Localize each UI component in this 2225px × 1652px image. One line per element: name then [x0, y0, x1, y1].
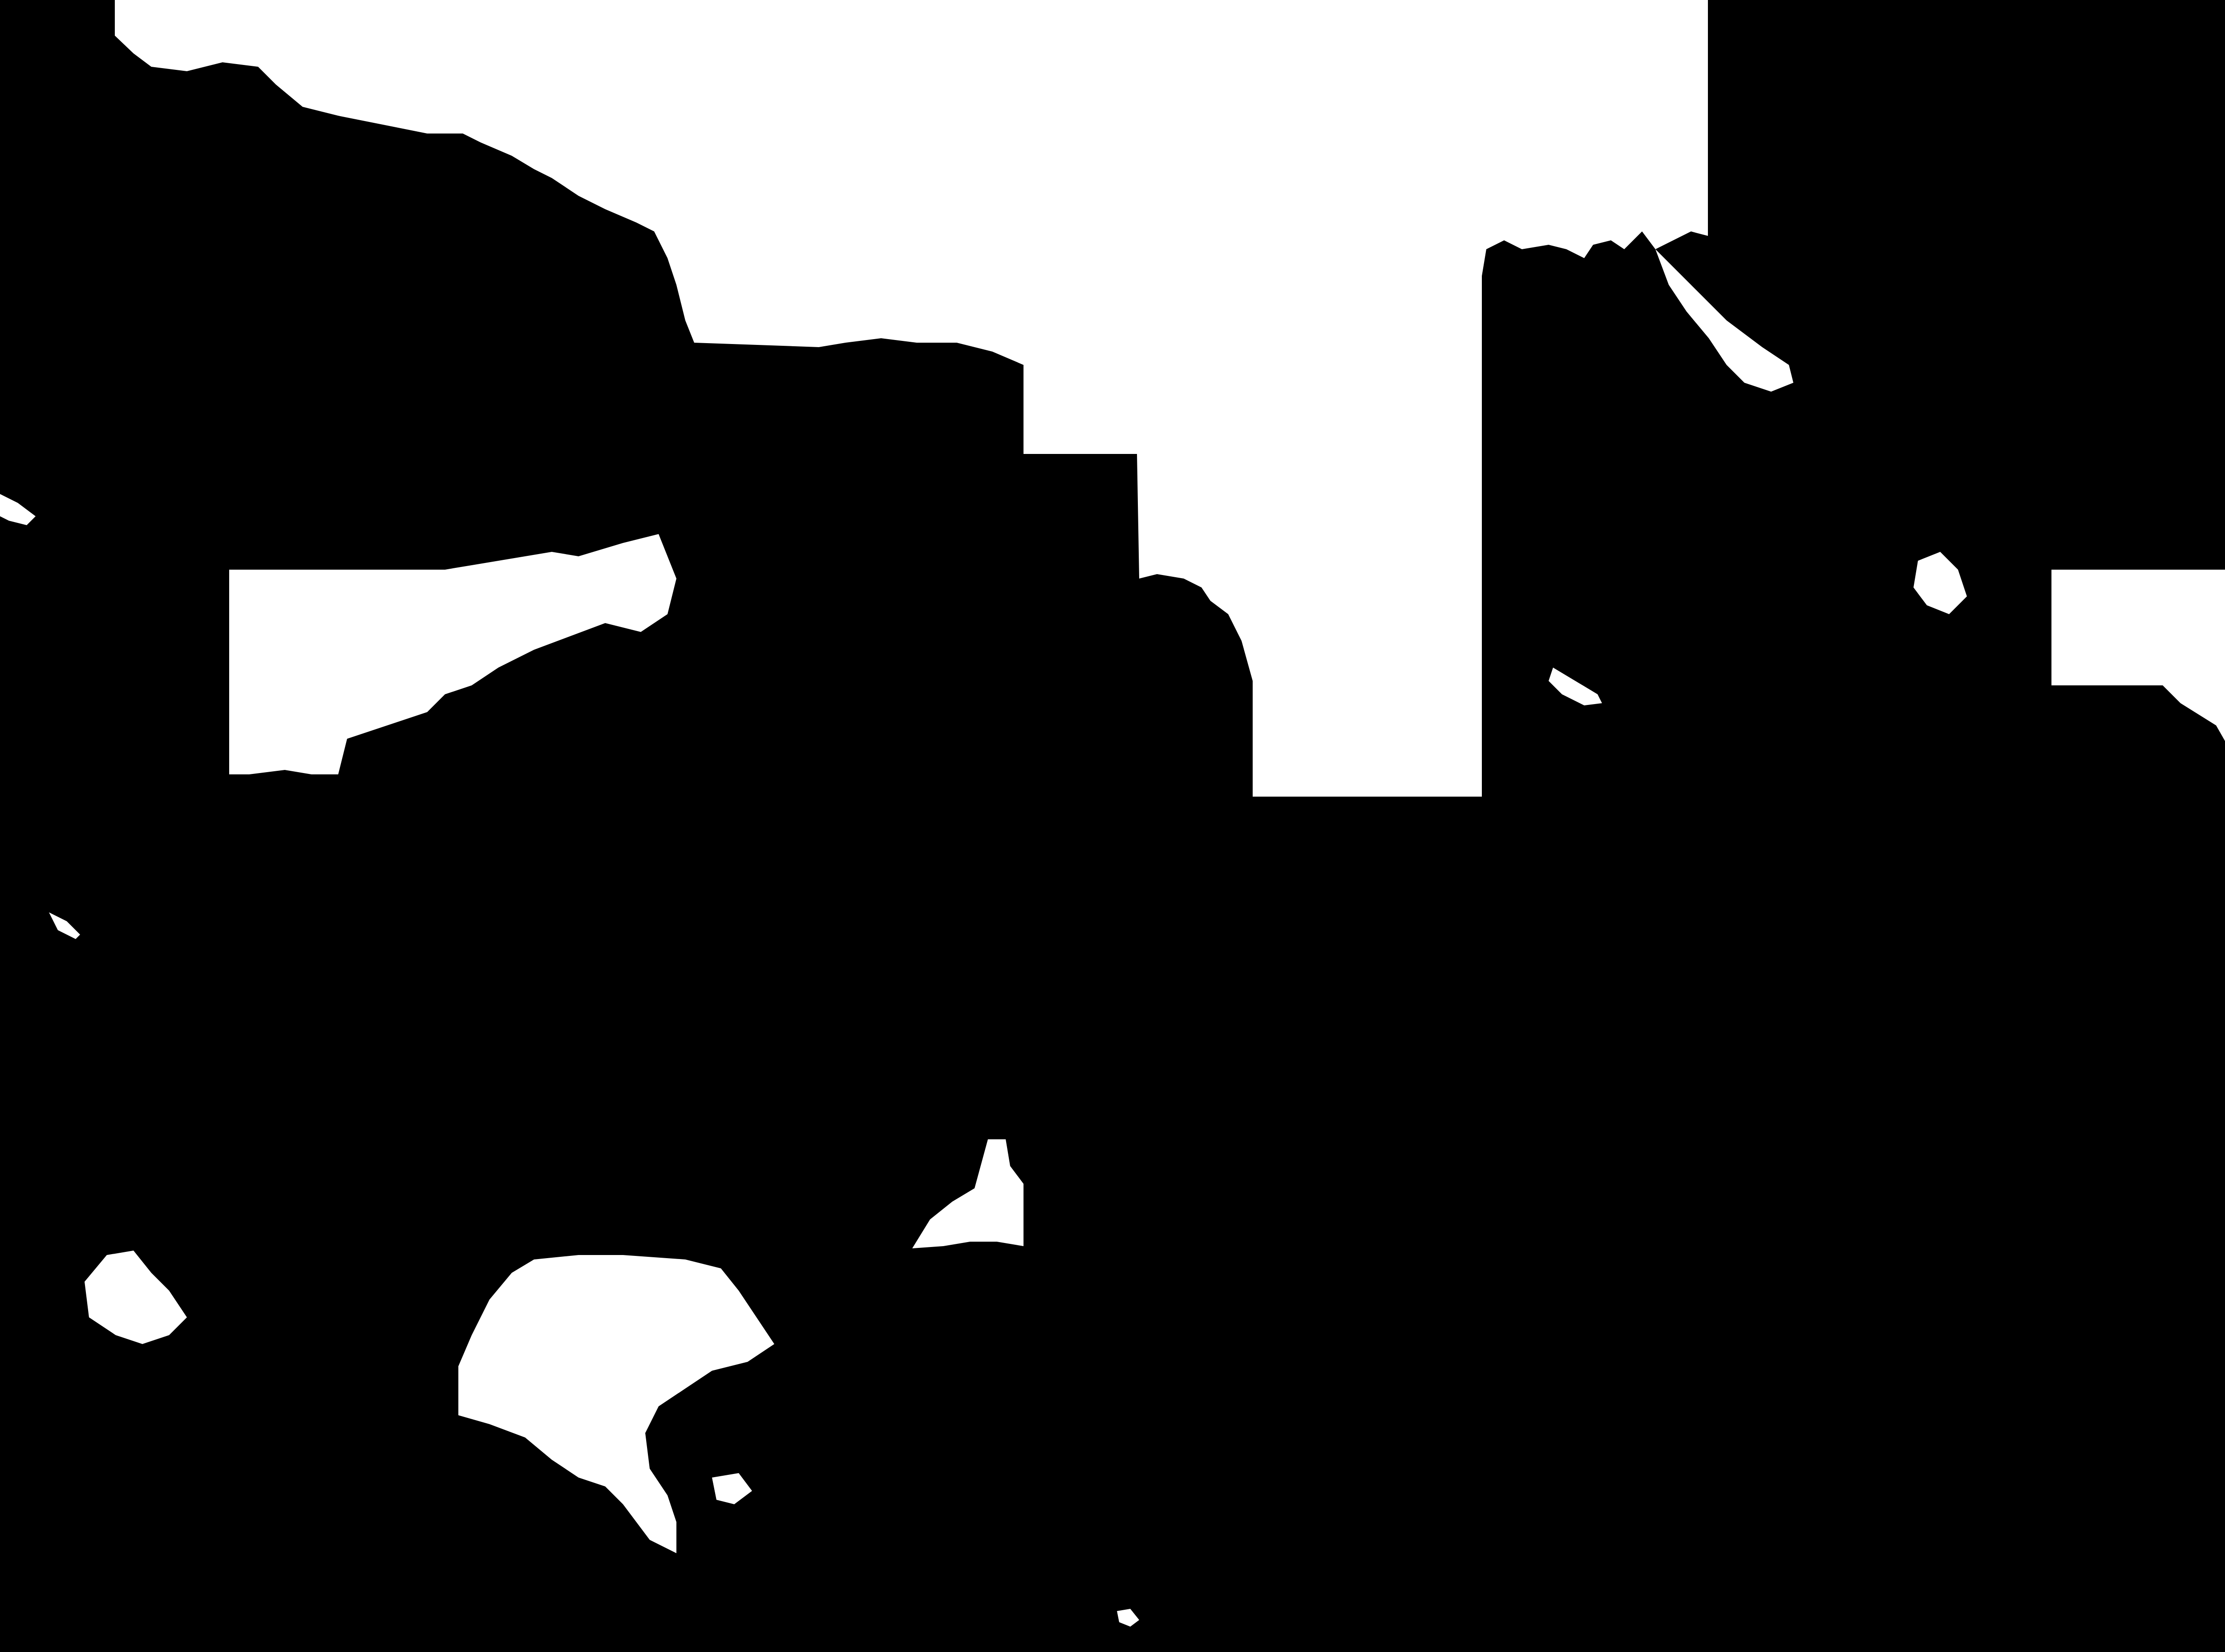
segmentation-mask — [0, 0, 2225, 1652]
